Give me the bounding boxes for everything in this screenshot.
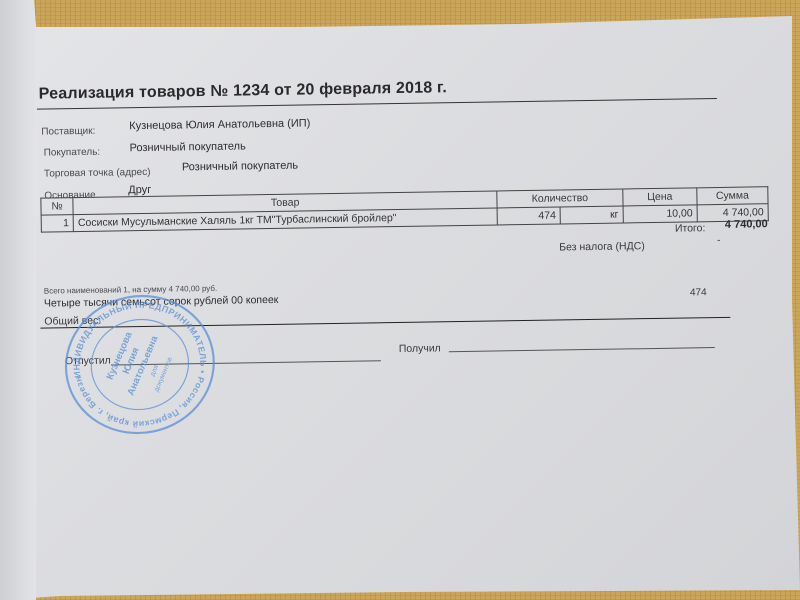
row-no: 1 [41,215,73,233]
buyer-value: Розничный покупатель [129,140,245,154]
row-price: 10,00 [623,205,697,223]
col-header-no: № [41,198,73,216]
col-header-qty: Количество [497,189,623,208]
vat-label: Без налога (НДС) [559,240,645,253]
outlet-value: Розничный покупатель [182,160,298,174]
col-header-sum: Сумма [697,187,768,205]
basis-value: Друг [128,184,151,196]
row-unit: кг [560,206,623,224]
received-signature-line [449,347,715,352]
col-header-price: Цена [623,188,697,206]
buyer-label: Покупатель: [44,147,101,159]
supplier-label: Поставщик: [41,126,95,138]
total-weight-value: 474 [690,287,707,298]
row-qty: 474 [497,207,560,225]
total-value: 4 740,00 [725,218,768,231]
supplier-value: Кузнецова Юлия Анатольевна (ИП) [129,117,310,132]
vat-value: - [717,235,721,246]
document-title: Реализация товаров № 1234 от 20 февраля … [39,79,447,103]
received-label: Получил [399,342,441,355]
outlet-label: Торговая точка (адрес) [44,167,151,180]
total-label: Итого: [675,222,706,234]
